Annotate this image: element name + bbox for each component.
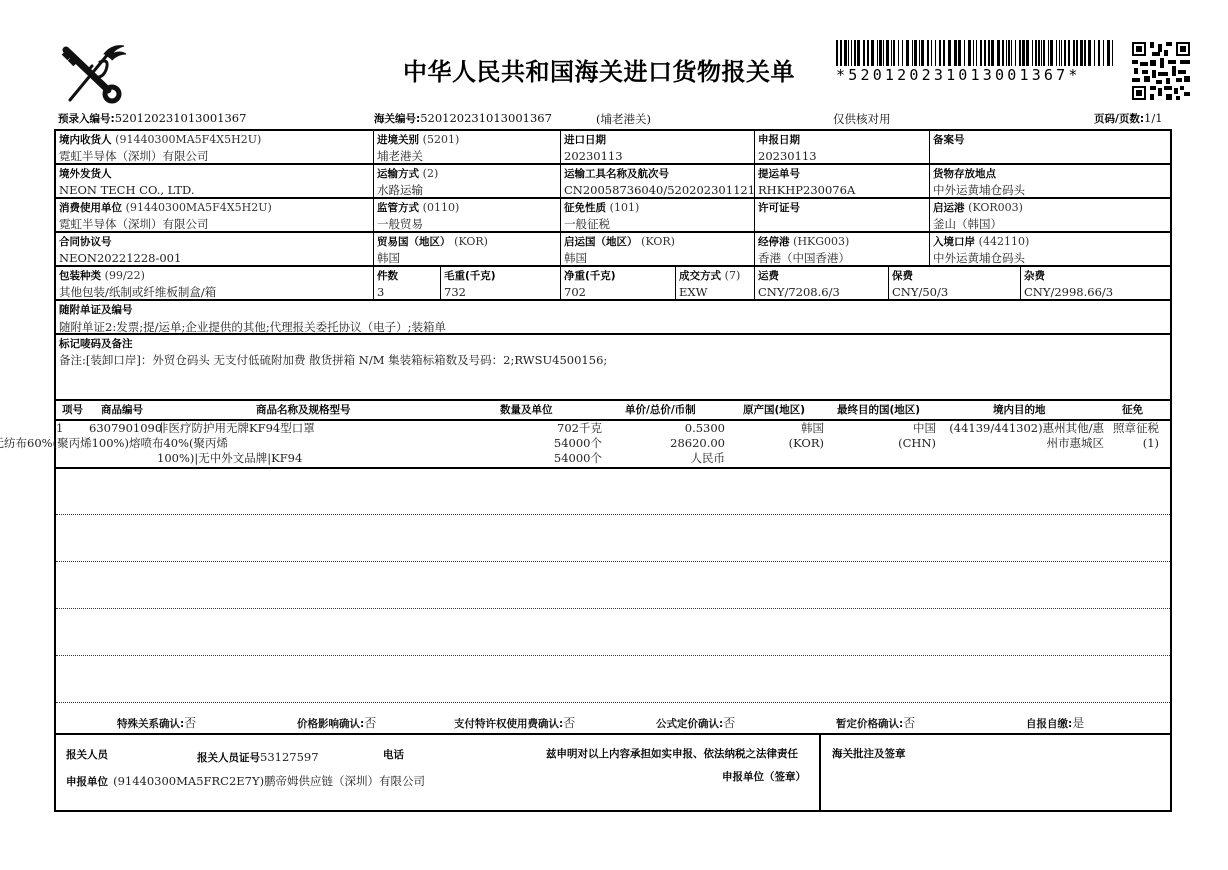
declaration-statement: 兹申明对以上内容承担如实申报、依法纳税之法律责任 bbox=[546, 746, 798, 761]
special-relationship-confirm: 特殊关系确认:否 bbox=[117, 712, 196, 731]
declare-date-field: 申报日期 20230113 bbox=[758, 132, 817, 164]
bill-of-lading-field: 提运单号 RHKHP230076A bbox=[758, 166, 855, 198]
departure-port-field: 启运港 (KOR003) 釜山（韩国） bbox=[933, 200, 1023, 232]
col-levy: 征免 bbox=[1122, 402, 1143, 417]
self-declare-self-pay: 自报自缴:是 bbox=[1026, 712, 1084, 731]
pieces-field: 件数 3 bbox=[377, 268, 398, 300]
goods-name-line-2: 0|3|无纺布60%(聚丙烯100%)熔喷布40%(聚丙烯 bbox=[0, 436, 228, 451]
quantity-line-2: 54000个 bbox=[554, 436, 602, 451]
domestic-dest-line-1: (44139/441302)惠州其他/惠 bbox=[949, 421, 1104, 436]
qr-code-icon bbox=[1132, 42, 1190, 100]
unit-price: 0.5300 bbox=[685, 421, 725, 436]
dest-country: 中国 bbox=[913, 421, 936, 436]
broker-label: 报关人员 bbox=[66, 747, 108, 762]
storage-place-field: 货物存放地点 中外运黄埔仓码头 bbox=[933, 166, 1025, 198]
levy-nature-field: 征免性质 (101) 一般征税 bbox=[564, 200, 639, 232]
trade-country-field: 贸易国（地区） (KOR) 韩国 bbox=[377, 234, 488, 266]
origin-country: 韩国 bbox=[801, 421, 824, 436]
page-indicator: 页码/页数:1/1 bbox=[1094, 111, 1163, 126]
provisional-price-confirm: 暂定价格确认:否 bbox=[836, 712, 915, 731]
col-domestic-dest: 境内目的地 bbox=[993, 402, 1046, 417]
vessel-voyage-field: 运输工具名称及航次号 CN20058736040/520202301121 bbox=[564, 166, 755, 198]
consumer-field: 消费使用单位 (91440300MA5F4X5H2U) 霓虹半导体（深圳）有限公… bbox=[59, 200, 272, 232]
consignee-field: 境内收货人 (91440300MA5F4X5H2U) 霓虹半导体（深圳）有限公司 bbox=[59, 132, 261, 164]
customs-emblem-icon bbox=[60, 40, 126, 104]
declarant-seal-label: 申报单位（签章） bbox=[722, 769, 806, 784]
levy-mode: 照章征税 bbox=[1113, 421, 1159, 436]
barcode-icon bbox=[835, 40, 1115, 66]
currency: 人民币 bbox=[691, 451, 726, 466]
verification-note: 仅供核对用 bbox=[833, 111, 891, 127]
record-number-field: 备案号 bbox=[933, 132, 965, 148]
barcode-text: *520120231013001367* bbox=[836, 66, 1081, 84]
col-hs-code: 商品编号 bbox=[101, 402, 143, 417]
misc-fee-field: 杂费 CNY/2998.66/3 bbox=[1024, 268, 1113, 300]
broker-cert: 报关人员证号53127597 bbox=[197, 746, 319, 765]
col-origin: 原产国(地区) bbox=[743, 402, 805, 417]
col-goods-name: 商品名称及规格型号 bbox=[256, 402, 351, 417]
origin-code: (KOR) bbox=[789, 436, 824, 451]
col-quantity: 数量及单位 bbox=[500, 402, 553, 417]
quantity-line-1: 702千克 bbox=[557, 421, 602, 436]
import-date-field: 进口日期 20230113 bbox=[564, 132, 623, 164]
col-item-no: 项号 bbox=[62, 402, 83, 417]
quantity-line-3: 54000个 bbox=[554, 451, 602, 466]
marks-remarks-field: 标记唛码及备注 备注:[装卸口岸]：外贸仓码头 无支付低硫附加费 散货拼箱 N/… bbox=[59, 336, 607, 368]
contract-number-field: 合同协议号 NEON20221228-001 bbox=[59, 234, 181, 266]
dest-country-code: (CHN) bbox=[898, 436, 936, 451]
net-weight-field: 净重(千克) 702 bbox=[564, 268, 616, 300]
freight-field: 运费 CNY/7208.6/3 bbox=[758, 268, 840, 300]
customs-approval-label: 海关批注及签章 bbox=[832, 746, 906, 761]
phone-label: 电话 bbox=[383, 747, 404, 762]
total-price: 28620.00 bbox=[670, 436, 725, 451]
transport-mode-field: 运输方式 (2) 水路运输 bbox=[377, 166, 438, 198]
insurance-field: 保费 CNY/50/3 bbox=[892, 268, 948, 300]
attached-docs-field: 随附单证及编号 随附单证2:发票;提/运单;企业提供的其他;代理报关委托协议（电… bbox=[59, 302, 446, 335]
package-type-field: 包装种类 (99/22) 其他包装/纸制或纤维板制盒/箱 bbox=[59, 268, 216, 300]
col-price: 单价/总价/币制 bbox=[625, 402, 696, 417]
customs-number: 海关编号:520120231013001367 bbox=[374, 111, 552, 126]
domestic-dest-line-2: 州市惠城区 bbox=[1047, 436, 1105, 451]
hs-code: 6307901090 bbox=[89, 421, 162, 436]
license-number-field: 许可证号 bbox=[758, 200, 800, 216]
item-number: 1 bbox=[56, 421, 63, 436]
royalty-confirm: 支付特许权使用费确认:否 bbox=[454, 712, 575, 731]
departure-country-field: 启运国（地区） (KOR) 韩国 bbox=[564, 234, 675, 266]
supervision-mode-field: 监管方式 (0110) 一般贸易 bbox=[377, 200, 459, 232]
formula-pricing-confirm: 公式定价确认:否 bbox=[656, 712, 735, 731]
overseas-shipper-field: 境外发货人 NEON TECH CO., LTD. bbox=[59, 166, 195, 198]
entry-port-field: 入境口岸 (442110) 中外运黄埔仓码头 bbox=[933, 234, 1029, 266]
col-dest-country: 最终目的国(地区) bbox=[837, 402, 920, 417]
customs-office: (埔老港关) bbox=[596, 111, 651, 127]
pre-entry-number: 预录入编号:520120231013001367 bbox=[58, 111, 246, 126]
gross-weight-field: 毛重(千克) 732 bbox=[444, 268, 496, 300]
levy-code: (1) bbox=[1143, 436, 1159, 451]
deal-mode-field: 成交方式 (7) EXW bbox=[679, 268, 740, 300]
form-title: 中华人民共和国海关进口货物报关单 bbox=[403, 52, 795, 87]
price-influence-confirm: 价格影响确认:否 bbox=[297, 712, 376, 731]
entry-customs-field: 进境关别 (5201) 埔老港关 bbox=[377, 132, 459, 164]
goods-name-line-1: 非医疗防护用无牌KF94型口罩 bbox=[157, 421, 315, 436]
goods-name-line-3: 100%)|无中外文品牌|KF94 bbox=[157, 451, 302, 466]
declarant-unit: 申报单位 (91440300MA5FRC2E7Y)鹏帝姆供应链（深圳）有限公司 bbox=[66, 770, 425, 789]
transit-port-field: 经停港 (HKG003) 香港（中国香港） bbox=[758, 234, 850, 266]
